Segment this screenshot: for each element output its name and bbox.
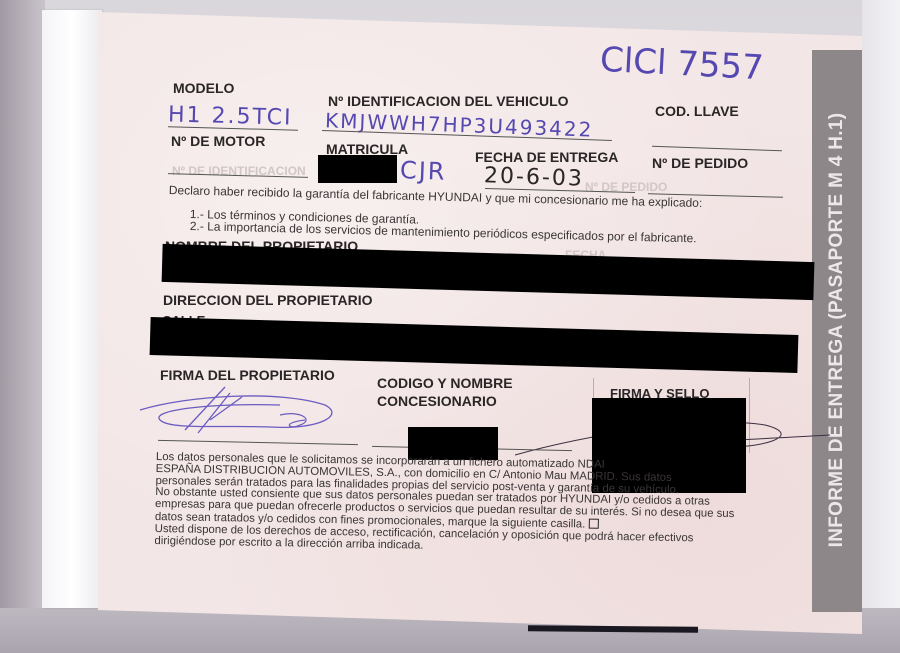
side-title: INFORME DE ENTREGA (PASAPORTE M 4 H.1) [826,113,848,548]
label-codigo-nombre: CODIGO Y NOMBRE [377,375,513,391]
background-right [862,0,900,653]
label-pedido: Nº DE PEDIDO [652,155,748,171]
label-fecha-entrega: FECHA DE ENTREGA [475,149,618,165]
redacted-matricula [318,155,397,183]
opt-out-checkbox[interactable] [588,519,598,529]
legal-notice: Los datos personales que le solicitamos … [154,452,786,558]
label-concesionario: CONCESIONARIO [377,393,497,409]
value-matricula: CJR [400,156,447,186]
handwritten-reference: ClCl 7557 [599,40,765,89]
owner-signature [130,375,360,445]
label-direccion: DIRECCION DEL PROPIETARIO [163,292,373,308]
label-modelo: MODELO [173,80,234,96]
label-identificacion: Nº IDENTIFICACION DEL VEHICULO [328,93,569,109]
label-motor: Nº DE MOTOR [171,133,265,149]
label-cod-llave: COD. LLAVE [655,103,739,119]
booklet-binding-edge [42,10,102,608]
background-left [0,0,45,653]
